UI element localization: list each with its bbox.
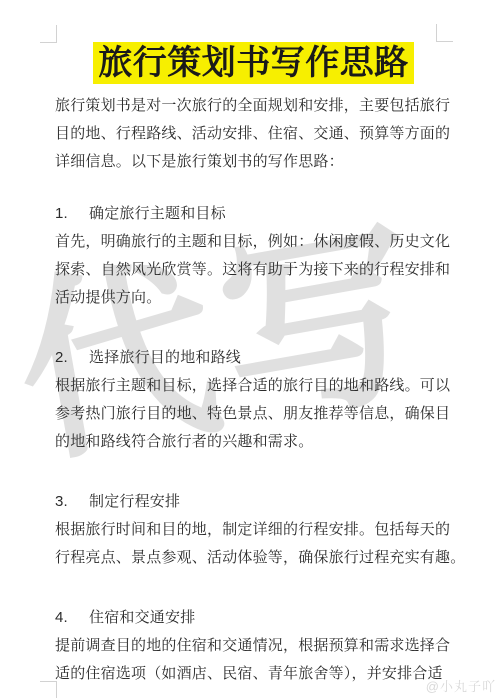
section-1-heading: 1. 确定旅行主题和目标 [55, 200, 452, 228]
section-2-heading: 2. 选择旅行目的地和路线 [55, 344, 452, 372]
section-2-number: 2. [55, 344, 89, 372]
page-title: 旅行策划书写作思路 [55, 40, 452, 87]
margin-crop-mark-top-left [40, 25, 57, 43]
section-1-heading-text: 确定旅行主题和目标 [89, 200, 226, 228]
section-3-body: 根据旅行时间和目的地，制定详细的行程安排。包括每天的 行程亮点、景点参观、活动体… [55, 516, 452, 572]
margin-crop-mark-top-right [436, 24, 453, 42]
intro-paragraph: 旅行策划书是对一次旅行的全面规划和安排，主要包括旅行 目的地、行程路线、活动安排… [55, 92, 452, 176]
document-body: 旅行策划书写作思路 旅行策划书是对一次旅行的全面规划和安排，主要包括旅行 目的地… [0, 0, 500, 688]
section-4-number: 4. [55, 604, 89, 632]
section-1: 1. 确定旅行主题和目标 首先，明确旅行的主题和目标，例如：休闲度假、历史文化 … [55, 200, 452, 312]
margin-crop-mark-bottom-left [40, 681, 57, 698]
section-3-number: 3. [55, 488, 89, 516]
highlighted-title-text: 旅行策划书写作思路 [93, 42, 414, 84]
section-1-number: 1. [55, 200, 89, 228]
section-4-heading-text: 住宿和交通安排 [89, 604, 195, 632]
section-3: 3. 制定行程安排 根据旅行时间和目的地，制定详细的行程安排。包括每天的 行程亮… [55, 488, 452, 572]
section-2: 2. 选择旅行目的地和路线 根据旅行主题和目标，选择合适的旅行目的地和路线。可以… [55, 344, 452, 456]
author-handle-watermark: @小丸子吖 [426, 676, 496, 695]
section-2-body: 根据旅行主题和目标，选择合适的旅行目的地和路线。可以 参考热门旅行目的地、特色景… [55, 372, 452, 456]
section-3-heading: 3. 制定行程安排 [55, 488, 452, 516]
document-page: { "page": { "title": "旅行策划书写作思路", "intro… [0, 0, 500, 698]
section-3-heading-text: 制定行程安排 [89, 488, 180, 516]
section-4-body: 提前调查目的地的住宿和交通情况，根据预算和需求选择合 适的住宿选项（如酒店、民宿… [55, 632, 452, 688]
section-4-heading: 4. 住宿和交通安排 [55, 604, 452, 632]
section-2-heading-text: 选择旅行目的地和路线 [89, 344, 241, 372]
section-1-body: 首先，明确旅行的主题和目标，例如：休闲度假、历史文化 探索、自然风光欣赏等。这将… [55, 228, 452, 312]
section-4: 4. 住宿和交通安排 提前调查目的地的住宿和交通情况，根据预算和需求选择合 适的… [55, 604, 452, 688]
